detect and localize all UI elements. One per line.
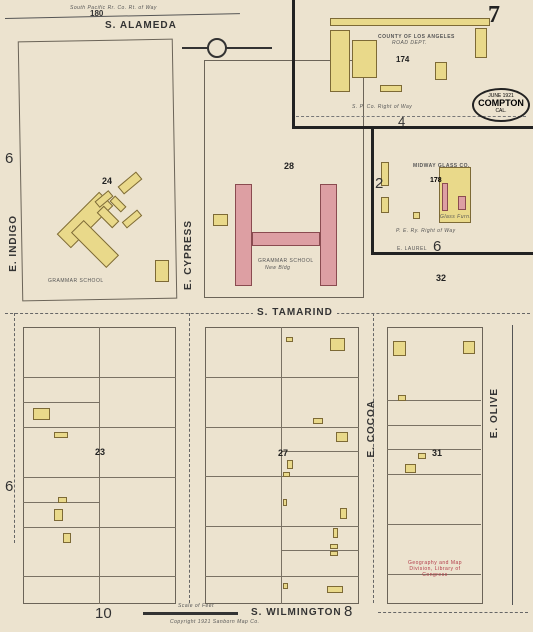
dwelling (313, 418, 323, 424)
shed-east (475, 28, 487, 58)
cypress-centerline (189, 313, 190, 603)
top-line (5, 13, 240, 19)
lot-divider (281, 550, 359, 551)
dwelling (330, 338, 345, 351)
lot-divider (23, 427, 176, 428)
school-wing-east (320, 184, 337, 286)
dwelling (63, 533, 71, 543)
adjoining-sheet-6-inset: 6 (433, 238, 441, 255)
scale-bar (143, 612, 238, 615)
dwelling (283, 583, 288, 589)
block-number-23: 23 (95, 447, 105, 457)
lot-divider (205, 476, 359, 477)
block-number-24: 24 (102, 176, 112, 186)
small-building (213, 214, 228, 226)
street-e-indigo: E. INDIGO (8, 215, 19, 272)
small-building (380, 85, 402, 92)
lot-divider (205, 427, 359, 428)
shed-west (330, 30, 350, 92)
dwelling (405, 464, 416, 473)
dwelling (340, 508, 347, 519)
label-rr-row: S. P. Co. Right of Way (352, 104, 412, 110)
lot-divider (387, 474, 481, 475)
dwelling (333, 528, 338, 538)
dwelling (463, 341, 475, 354)
copyright: Copyright 1921 Sanborn Map Co. (170, 619, 260, 625)
lot-divider (23, 477, 176, 478)
lot-divider (23, 402, 99, 403)
adjoining-sheet-6-top: 6 (5, 150, 13, 167)
dwelling (283, 499, 287, 506)
dwelling (287, 460, 293, 469)
glass-furnace (458, 196, 466, 210)
dwelling (418, 453, 426, 459)
label-glass-furnace: Glass Furn. (440, 214, 471, 220)
lot-divider (23, 377, 176, 378)
inset-border (371, 252, 533, 255)
label-road-dept: ROAD DEPT. (392, 40, 427, 46)
scale-label: Scale of Feet (178, 603, 214, 609)
top-note: South Pacific Rr. Co. Rt. of Way (70, 5, 157, 11)
stamp-city: COMPTON (474, 99, 528, 108)
school-connector (252, 232, 320, 246)
block-number-28: 28 (284, 161, 294, 171)
lot-divider (205, 377, 359, 378)
shed (381, 197, 389, 213)
adjoining-sheet-6-bottom: 6 (5, 478, 13, 495)
street-e-olive: E. OLIVE (489, 388, 500, 438)
compass-rose-icon (207, 38, 227, 58)
dwelling (398, 395, 406, 401)
dwelling (283, 472, 290, 477)
lot-divider (205, 526, 359, 527)
dwelling (286, 337, 293, 342)
dwelling (327, 586, 343, 593)
lot-divider (281, 451, 359, 452)
block-number-174: 174 (396, 55, 409, 64)
block-number-178: 178 (430, 177, 442, 184)
label-pe-row: P. E. Ry. Right of Way (396, 228, 456, 234)
street-s-tamarind: S. TAMARIND (253, 307, 337, 318)
dwelling (54, 509, 63, 521)
sanborn-map-sheet: South Pacific Rr. Co. Rt. of Way 180 S. … (0, 0, 533, 632)
adjoining-sheet-10: 10 (95, 605, 112, 622)
street-s-wilmington: S. WILMINGTON (251, 607, 342, 618)
dwelling (330, 544, 338, 549)
north-arrow (182, 47, 272, 49)
lot-divider (99, 327, 100, 604)
block-number-31: 31 (432, 448, 442, 458)
adjoining-sheet-8: 8 (344, 603, 352, 620)
street-e-cocoa: E. COCOA (366, 400, 377, 457)
dwelling (393, 341, 406, 356)
street-e-cypress: E. CYPRESS (183, 220, 194, 290)
shed-row (330, 18, 490, 26)
lot-divider (387, 425, 481, 426)
cocoa-centerline (373, 313, 374, 603)
label-grammar-school-old: GRAMMAR SCHOOL (48, 278, 104, 284)
dwelling (58, 497, 67, 503)
street-e-laurel: E. LAUREL (397, 246, 427, 252)
stamp-state: CAL. (474, 108, 528, 114)
block-27 (205, 327, 359, 604)
dwelling (54, 432, 68, 438)
wilmington-centerline (378, 612, 528, 613)
dwelling (33, 408, 50, 420)
inset-border (371, 128, 374, 254)
small-building (435, 62, 447, 80)
inset-border (292, 126, 533, 129)
adjoining-sheet-4: 4 (398, 114, 405, 129)
furnace-stack (442, 183, 448, 211)
olive-east-line (512, 325, 513, 605)
label-new-bldg: New Bldg (265, 265, 290, 271)
block-number-27: 27 (278, 448, 288, 458)
label-midway-glass: MIDWAY GLASS CO. (413, 163, 470, 169)
machine-shop (352, 40, 377, 78)
label-grammar-school-new: GRAMMAR SCHOOL (258, 258, 314, 264)
indigo-centerline (14, 313, 15, 543)
lot-divider (205, 576, 359, 577)
school-wing-west (235, 184, 252, 286)
adjoining-sheet-2: 2 (375, 175, 383, 192)
small-building (413, 212, 420, 219)
library-stamp: Geography and Map Division, Library of C… (400, 560, 470, 578)
block-24 (18, 39, 178, 302)
city-stamp: JUNE 1921 COMPTON CAL. (472, 88, 530, 122)
street-s-alameda: S. ALAMEDA (105, 20, 177, 31)
lot-divider (23, 527, 176, 528)
inset-border (292, 0, 295, 128)
block-number-32: 32 (436, 273, 446, 283)
dwelling (336, 432, 348, 442)
small-building (155, 260, 169, 282)
lot-divider (387, 524, 481, 525)
lot-divider (23, 576, 176, 577)
dwelling (330, 551, 338, 556)
lot-divider (281, 327, 282, 604)
